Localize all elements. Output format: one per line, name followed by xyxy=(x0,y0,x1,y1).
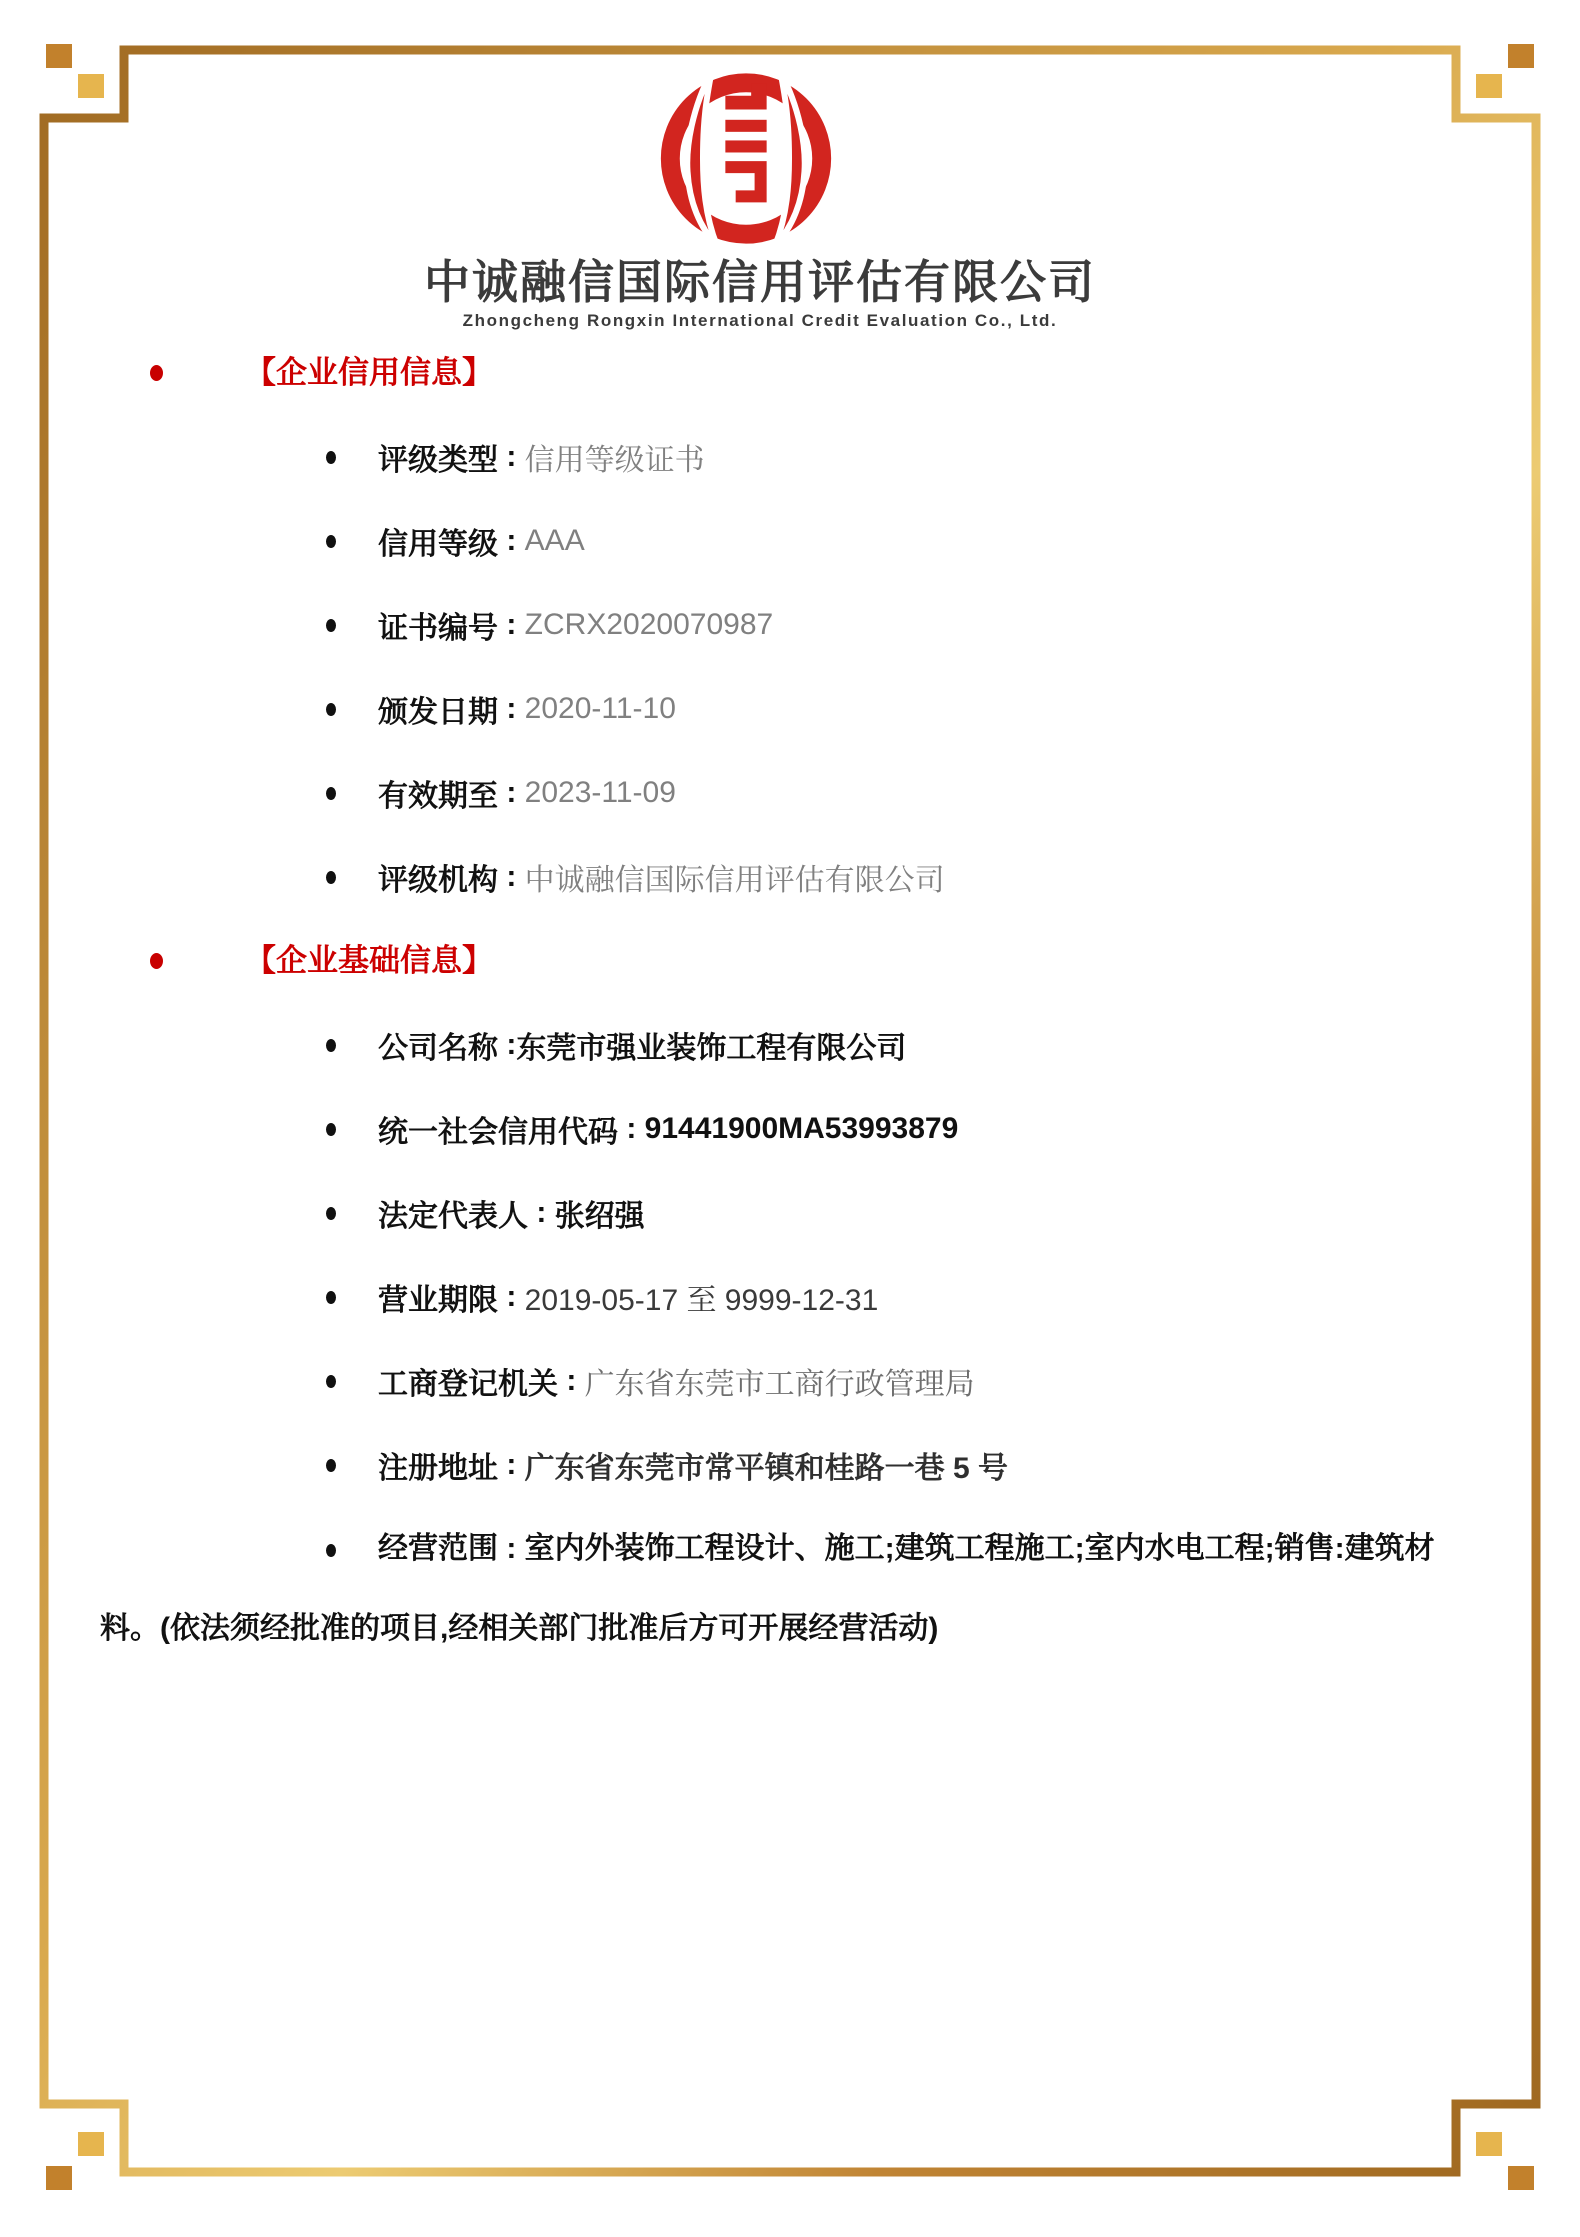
info-item: 注册地址 : 广东省东莞市常平镇和桂路一巷 5 号 xyxy=(60,1423,1460,1507)
document-content: 中诚融信国际信用评估有限公司 Zhongcheng Rongxin Intern… xyxy=(60,60,1460,1669)
section-title: 【企业信用信息】 xyxy=(245,356,493,390)
item-value: 张绍强 xyxy=(555,1191,645,1235)
section-bullet-icon xyxy=(150,953,163,969)
item-value: 2020-11-10 xyxy=(525,692,676,726)
section-bullet-icon xyxy=(150,365,163,381)
item-label: 注册地址 xyxy=(378,1443,498,1487)
page: 中诚融信国际信用评估有限公司 Zhongcheng Rongxin Intern… xyxy=(0,0,1580,2237)
item-label: 法定代表人 xyxy=(378,1191,528,1235)
item-bullet-icon xyxy=(326,1375,336,1388)
info-item: 信用等级 : AAA xyxy=(60,499,1460,583)
item-bullet-icon xyxy=(326,703,336,716)
item-label: 工商登记机关 xyxy=(378,1359,558,1403)
item-separator: : xyxy=(498,1448,525,1482)
section-heading-row: 【企业基础信息】 xyxy=(60,919,1460,1003)
item-bullet-icon xyxy=(326,451,336,464)
item-label: 信用等级 xyxy=(378,519,498,563)
item-value: 广东省东莞市工商行政管理局 xyxy=(585,1359,975,1403)
item-label: 证书编号 xyxy=(378,603,498,647)
item-value: 信用等级证书 xyxy=(525,435,705,479)
item-label: 统一社会信用代码 xyxy=(378,1107,618,1151)
item-separator: : xyxy=(498,440,525,474)
item-separator: : xyxy=(618,1112,645,1146)
section-heading-row: 【企业信用信息】 xyxy=(60,331,1460,415)
item-bullet-icon xyxy=(326,535,336,548)
company-name-cn: 中诚融信国际信用评估有限公司 xyxy=(60,256,1460,308)
item-value: 中诚融信国际信用评估有限公司 xyxy=(525,855,945,899)
item-value: ZCRX2020070987 xyxy=(525,608,774,642)
item-label: 颁发日期 xyxy=(378,687,498,731)
item-bullet-icon xyxy=(326,787,336,800)
item-label: 公司名称 xyxy=(378,1023,498,1067)
section-enterprise-credit-info: 【企业信用信息】评级类型 : 信用等级证书信用等级 : AAA证书编号 : ZC… xyxy=(60,331,1460,919)
item-value: AAA xyxy=(525,524,585,558)
logo-xin-emblem xyxy=(660,68,832,249)
item-separator: : xyxy=(498,692,525,726)
item-value: 室内外装饰工程设计、施工;建筑工程施工;室内水电工程;销售:建筑材料。(依法须经… xyxy=(100,1532,1435,1645)
item-label: 有效期至 xyxy=(378,771,498,815)
info-item: 统一社会信用代码 : 91441900MA53993879 xyxy=(60,1087,1460,1171)
item-value: 广东省东莞市常平镇和桂路一巷 5 号 xyxy=(525,1443,1008,1487)
item-bullet-icon xyxy=(326,1039,336,1052)
item-separator: : xyxy=(498,1028,516,1062)
info-item: 有效期至 : 2023-11-09 xyxy=(60,751,1460,835)
info-item: 颁发日期 : 2020-11-10 xyxy=(60,667,1460,751)
item-label: 营业期限 xyxy=(378,1275,498,1319)
item-bullet-icon xyxy=(326,1123,336,1136)
section-title: 【企业基础信息】 xyxy=(245,944,493,978)
info-item: 营业期限 : 2019-05-17 至 9999-12-31 xyxy=(60,1255,1460,1339)
item-separator: : xyxy=(498,776,525,810)
item-label: 评级类型 xyxy=(378,435,498,479)
info-item: 评级类型 : 信用等级证书 xyxy=(60,415,1460,499)
info-item: 公司名称 :东莞市强业装饰工程有限公司 xyxy=(60,1003,1460,1087)
item-separator: : xyxy=(498,524,525,558)
item-separator: : xyxy=(498,860,525,894)
item-bullet-icon xyxy=(326,1207,336,1220)
item-value: 91441900MA53993879 xyxy=(645,1112,959,1146)
sections: 【企业信用信息】评级类型 : 信用等级证书信用等级 : AAA证书编号 : ZC… xyxy=(60,331,1460,1669)
company-name-en: Zhongcheng Rongxin International Credit … xyxy=(60,311,1460,331)
item-separator: : xyxy=(498,1532,525,1565)
info-item: 证书编号 : ZCRX2020070987 xyxy=(60,583,1460,667)
info-item: 经营范围 : 室内外装饰工程设计、施工;建筑工程施工;室内水电工程;销售:建筑材… xyxy=(100,1509,1470,1669)
info-item: 法定代表人 : 张绍强 xyxy=(60,1171,1460,1255)
item-value: 2019-05-17 至 9999-12-31 xyxy=(525,1275,879,1319)
item-label: 经营范围 xyxy=(378,1532,498,1565)
item-label: 评级机构 xyxy=(378,855,498,899)
item-bullet-icon xyxy=(326,1291,336,1304)
info-item: 工商登记机关 : 广东省东莞市工商行政管理局 xyxy=(60,1339,1460,1423)
item-separator: : xyxy=(498,1280,525,1314)
info-item: 评级机构 : 中诚融信国际信用评估有限公司 xyxy=(60,835,1460,919)
company-logo xyxy=(60,68,1460,256)
section-enterprise-basic-info: 【企业基础信息】公司名称 :东莞市强业装饰工程有限公司统一社会信用代码 : 91… xyxy=(60,919,1460,1669)
item-bullet-icon xyxy=(326,1544,336,1557)
item-separator: : xyxy=(558,1364,585,1398)
item-value: 2023-11-09 xyxy=(525,776,676,810)
item-bullet-icon xyxy=(326,871,336,884)
item-separator: : xyxy=(528,1196,555,1230)
item-bullet-icon xyxy=(326,619,336,632)
item-bullet-icon xyxy=(326,1459,336,1472)
item-separator: : xyxy=(498,608,525,642)
item-value: 东莞市强业装饰工程有限公司 xyxy=(516,1023,906,1067)
